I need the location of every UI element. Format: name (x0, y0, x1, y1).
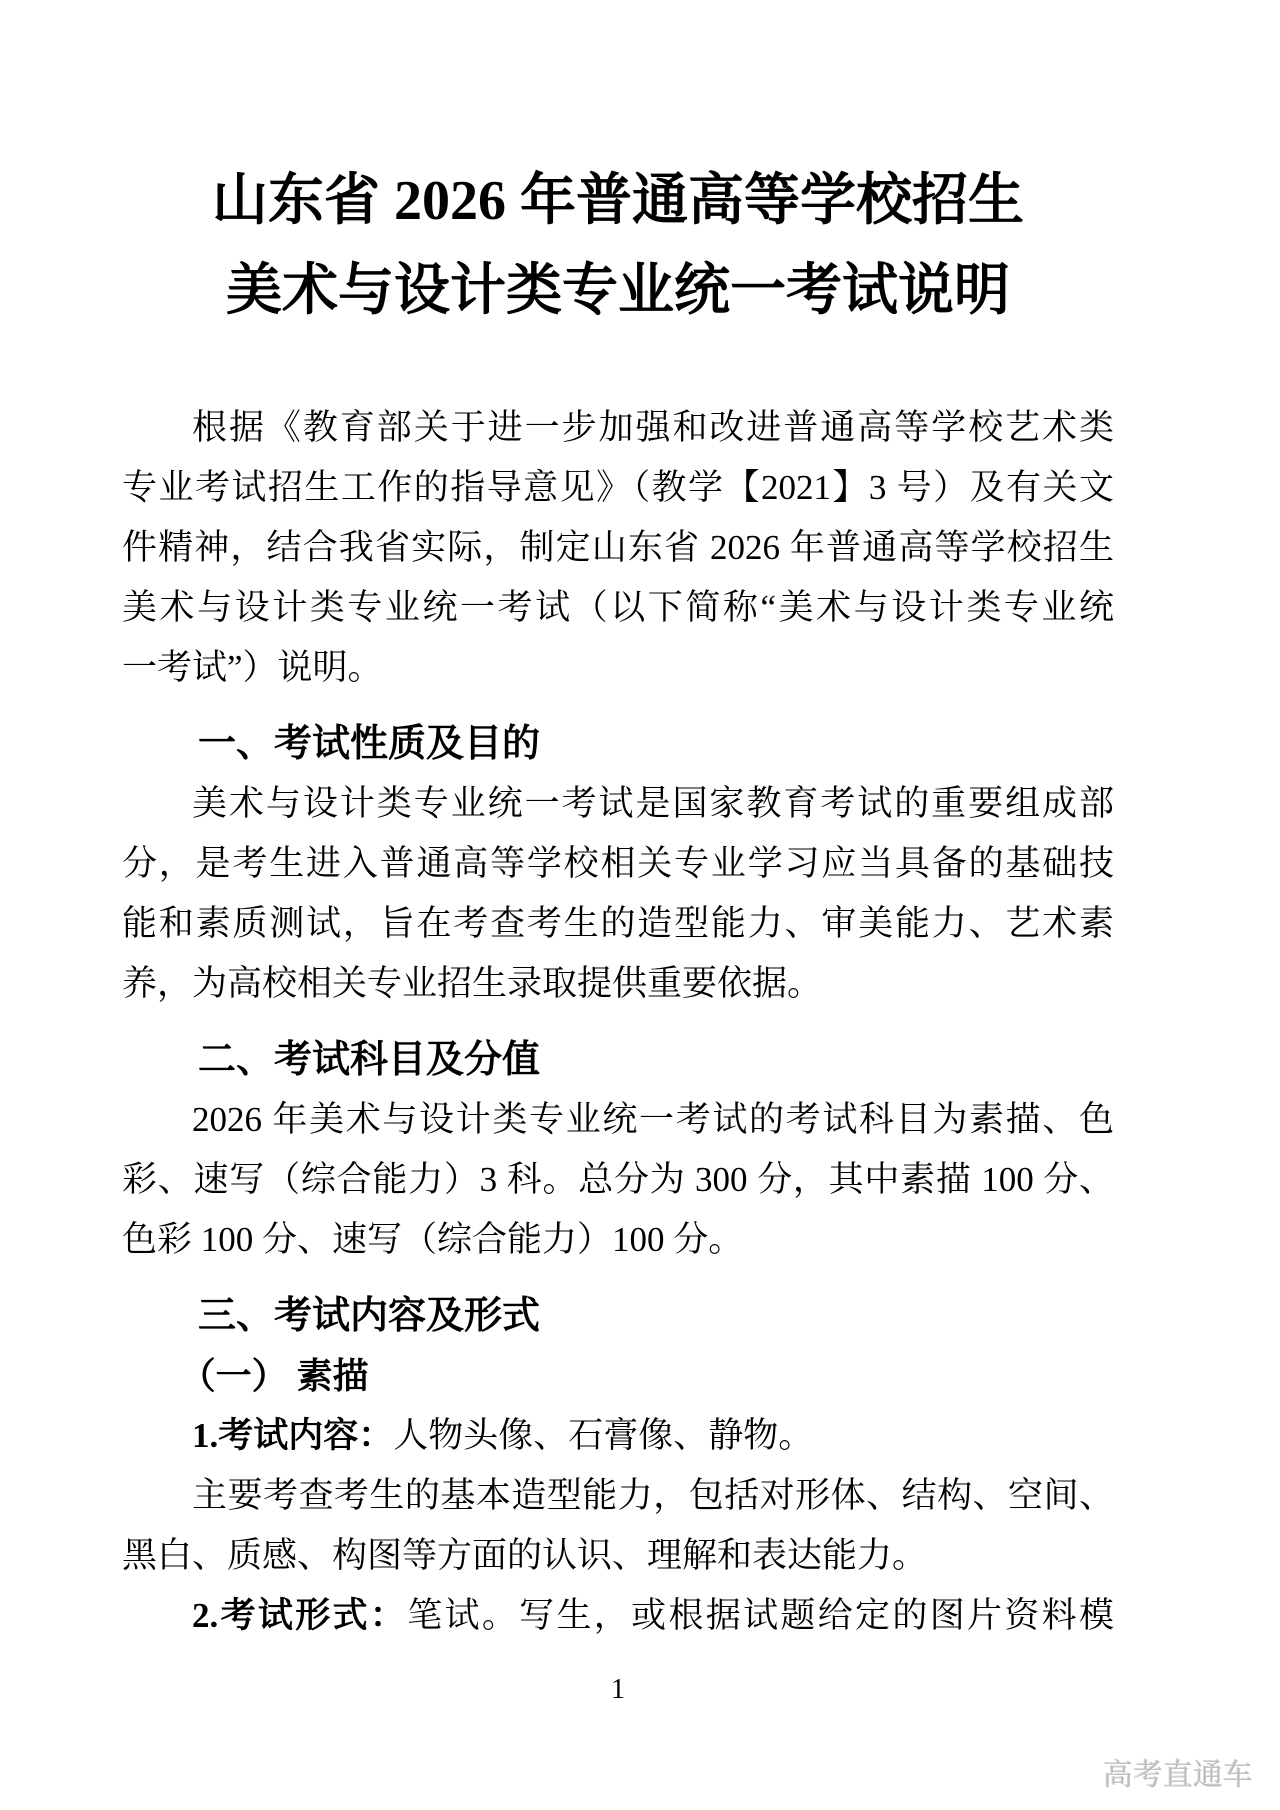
text-line: 专业考试招生工作的指导意见》（教学【2021】3 号）及有关文 (122, 458, 1114, 518)
text-line: 能和素质测试，旨在考查考生的造型能力、审美能力、艺术素 (122, 894, 1114, 954)
text-line: 美术与设计类专业统一考试是国家教育考试的重要组成部 (122, 774, 1114, 834)
text-line: 美术与设计类专业统一考试（以下简称“美术与设计类专业统 (122, 578, 1114, 638)
section-heading: 二、考试科目及分值 (122, 1030, 1114, 1090)
labeled-paragraph: 2.考试形式：笔试。写生，或根据试题给定的图片资料模 (122, 1586, 1114, 1646)
item-label: 2.考试形式： (192, 1596, 407, 1635)
text-line: 件精神，结合我省实际，制定山东省 2026 年普通高等学校招生 (122, 518, 1114, 578)
item-text: 笔试。写生，或根据试题给定的图片资料模 (407, 1596, 1114, 1635)
text-line: 根据《教育部关于进一步加强和改进普通高等学校艺术类 (122, 398, 1114, 458)
title-line-2: 美术与设计类专业统一考试说明 (122, 246, 1114, 336)
watermark-text: 高考直通车 (1103, 1750, 1253, 1794)
text-line: 主要考查考生的基本造型能力，包括对形体、结构、空间、 (122, 1466, 1114, 1526)
text-line: 色彩 100 分、速写（综合能力）100 分。 (122, 1210, 1114, 1270)
page-number: 1 (122, 1670, 1114, 1710)
paragraph: 美术与设计类专业统一考试是国家教育考试的重要组成部分，是考生进入普通高等学校相关… (122, 774, 1114, 1014)
paragraph: 根据《教育部关于进一步加强和改进普通高等学校艺术类专业考试招生工作的指导意见》（… (122, 398, 1114, 698)
item-text: 人物头像、石膏像、静物。 (393, 1416, 813, 1455)
text-line: 黑白、质感、构图等方面的认识、理解和表达能力。 (122, 1526, 1114, 1586)
section-heading: 一、考试性质及目的 (122, 714, 1114, 774)
paragraph: 2026 年美术与设计类专业统一考试的考试科目为素描、色彩、速写（综合能力）3 … (122, 1090, 1114, 1270)
item-label: 1.考试内容： (192, 1416, 393, 1455)
document-canvas: 山东省 2026 年普通高等学校招生 美术与设计类专业统一考试说明 根据《教育部… (122, 0, 1114, 1810)
text-line: 2026 年美术与设计类专业统一考试的考试科目为素描、色 (122, 1090, 1114, 1150)
text-line: 分，是考生进入普通高等学校相关专业学习应当具备的基础技 (122, 834, 1114, 894)
section-heading: 三、考试内容及形式 (122, 1286, 1114, 1346)
sub-section-heading: （一） 素描 (122, 1346, 1114, 1406)
document-title: 山东省 2026 年普通高等学校招生 美术与设计类专业统一考试说明 (122, 156, 1114, 336)
text-line: 养，为高校相关专业招生录取提供重要依据。 (122, 954, 1114, 1014)
text-line: 一考试”）说明。 (122, 638, 1114, 698)
paragraph: 主要考查考生的基本造型能力，包括对形体、结构、空间、黑白、质感、构图等方面的认识… (122, 1466, 1114, 1586)
document-page: { "title": { "line1": "山东省 2026 年普通高等学校招… (0, 0, 1280, 1810)
labeled-paragraph: 1.考试内容：人物头像、石膏像、静物。 (122, 1406, 1114, 1466)
text-line: 彩、速写（综合能力）3 科。总分为 300 分，其中素描 100 分、 (122, 1150, 1114, 1210)
title-line-1: 山东省 2026 年普通高等学校招生 (122, 156, 1114, 246)
document-body: 根据《教育部关于进一步加强和改进普通高等学校艺术类专业考试招生工作的指导意见》（… (122, 398, 1114, 1646)
